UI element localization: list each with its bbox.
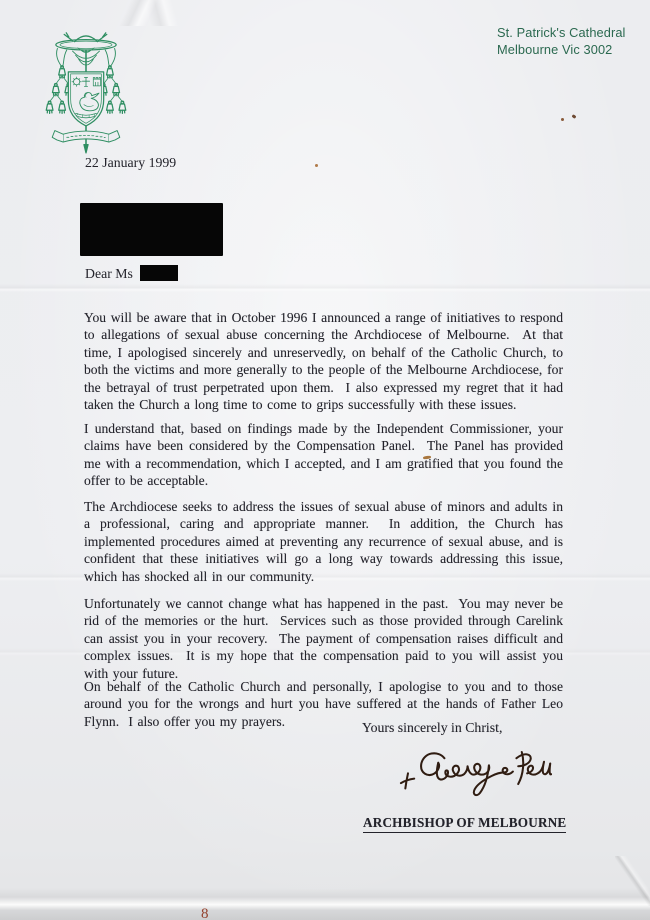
body-paragraph-1: You will be aware that in October 1996 I… xyxy=(84,309,563,414)
redacted-address-block xyxy=(80,203,223,256)
paper-speck xyxy=(561,118,564,121)
paper-crease xyxy=(615,856,650,906)
letter-date: 22 January 1999 xyxy=(85,155,176,171)
org-name: St. Patrick's Cathedral xyxy=(497,25,626,42)
salutation-text: Dear Ms xyxy=(85,266,133,281)
letterhead-address: St. Patrick's Cathedral Melbourne Vic 30… xyxy=(497,25,626,58)
paper-crease xyxy=(0,284,650,292)
paper-speck xyxy=(315,164,318,167)
body-paragraph-4: Unfortunately we cannot change what has … xyxy=(84,595,563,683)
org-location: Melbourne Vic 3002 xyxy=(497,42,626,59)
signature-icon xyxy=(392,746,552,806)
paper-crease xyxy=(70,0,210,26)
signature-handwriting xyxy=(392,746,552,811)
archdiocese-crest xyxy=(34,24,138,160)
body-paragraph-2: I understand that, based on findings mad… xyxy=(84,420,563,490)
letter-page: St. Patrick's Cathedral Melbourne Vic 30… xyxy=(0,0,650,920)
coat-of-arms-icon xyxy=(34,24,138,155)
signer-title: ARCHBISHOP OF MELBOURNE xyxy=(363,815,566,833)
body-paragraph-3: The Archdiocese seeks to address the iss… xyxy=(84,498,563,586)
salutation-line: Dear Ms xyxy=(85,265,178,282)
paper-speck xyxy=(572,114,577,119)
redacted-recipient-name xyxy=(140,265,178,281)
closing-line: Yours sincerely in Christ, xyxy=(362,720,502,736)
footer-mark: 8 xyxy=(201,906,209,920)
paper-bottom-fold xyxy=(0,888,650,920)
